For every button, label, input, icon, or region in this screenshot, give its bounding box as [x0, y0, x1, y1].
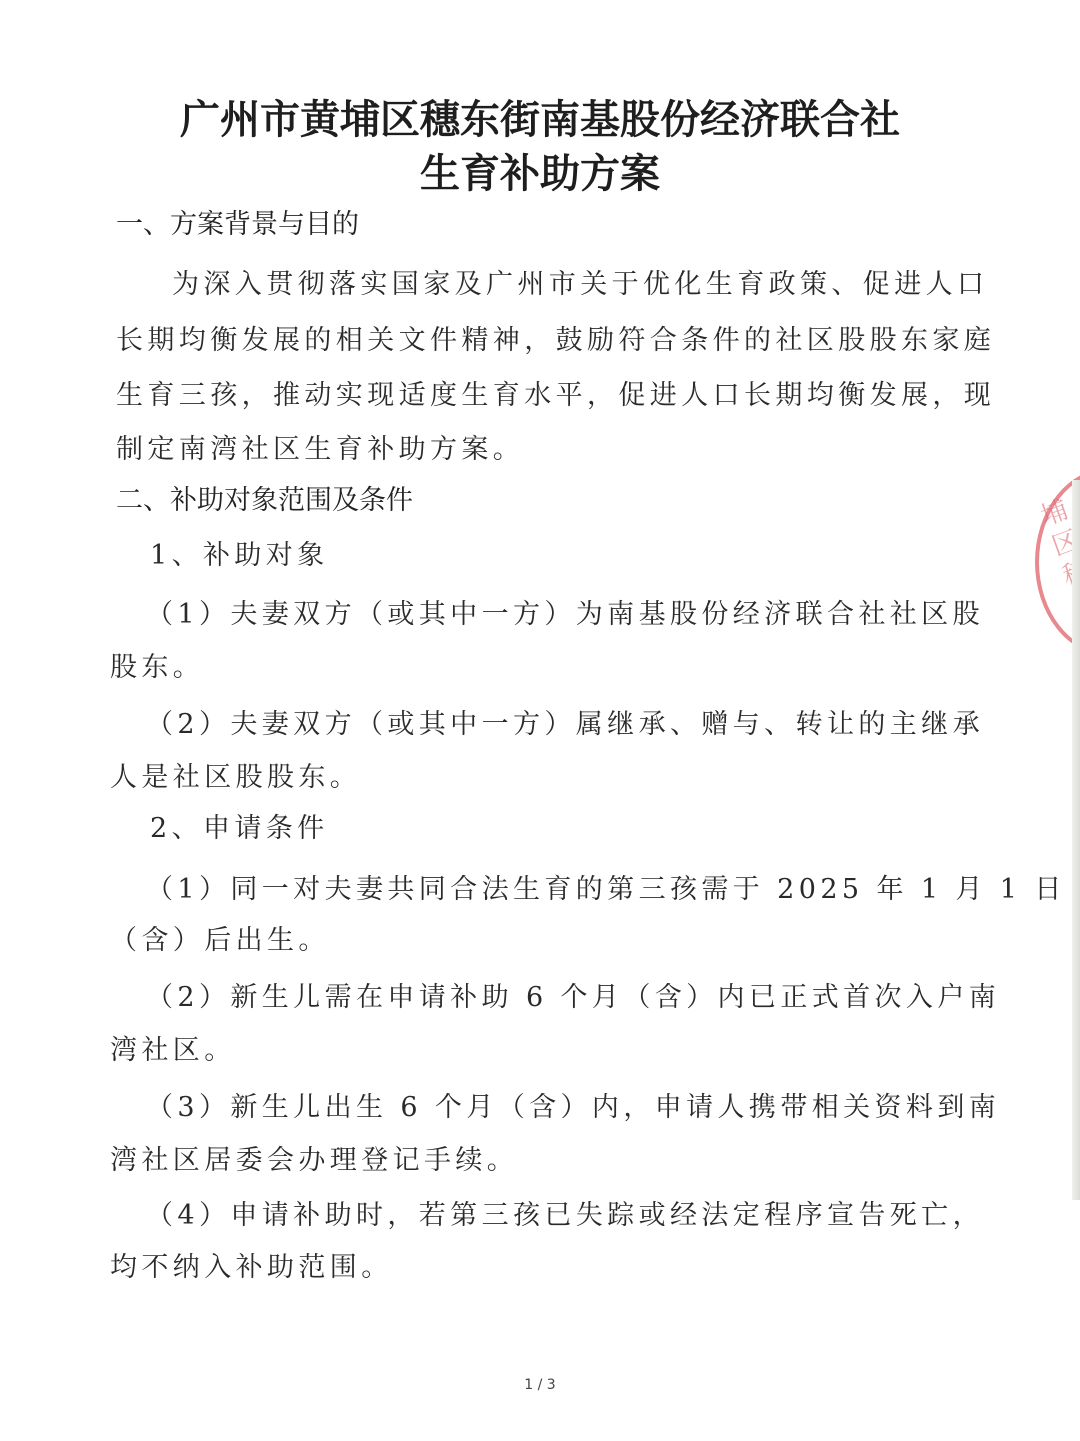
paragraph-line: 生育三孩，推动实现适度生育水平，促进人口长期均衡发展，现 — [116, 373, 995, 412]
list-item-line: 均不纳入补助范围。 — [110, 1245, 393, 1284]
subsection-heading-conditions: 2、申请条件 — [150, 806, 329, 845]
paragraph-line: 为深入贯彻落实国家及广州市关于优化生育政策、促进人口 — [172, 262, 988, 301]
document-page: 广州市黄埔区穗东街南基股份经济联合社 生育补助方案 一、方案背景与目的 为深入贯… — [0, 0, 1080, 1441]
document-title-line-2: 生育补助方案 — [0, 142, 1080, 199]
list-item-line: （含）后出生。 — [110, 918, 330, 957]
list-item-line: 湾社区。 — [110, 1028, 236, 1067]
paragraph-line: 制定南湾社区生育补助方案。 — [116, 427, 524, 466]
page-edge-shadow — [1072, 480, 1080, 1200]
list-item-line: （2）夫妻双方（或其中一方）属继承、赠与、转让的主继承 — [146, 702, 984, 741]
page-number: 1 / 3 — [0, 1377, 1080, 1393]
section-heading-eligibility: 二、补助对象范围及条件 — [116, 478, 413, 517]
document-title-line-1: 广州市黄埔区穗东街南基股份经济联合社 — [0, 88, 1080, 145]
list-item-line: （1）夫妻双方（或其中一方）为南基股份经济联合社社区股 — [146, 592, 984, 631]
subsection-heading-recipients: 1、补助对象 — [150, 533, 329, 572]
list-item-line: （2）新生儿需在申请补助 6 个月（含）内已正式首次入户南 — [146, 975, 1000, 1014]
paragraph-line: 长期均衡发展的相关文件精神，鼓励符合条件的社区股股东家庭 — [116, 318, 995, 357]
section-heading-background: 一、方案背景与目的 — [116, 202, 359, 241]
list-item-line: 湾社区居委会办理登记手续。 — [110, 1138, 518, 1177]
list-item-line: 人是社区股股东。 — [110, 755, 361, 794]
list-item-line: （1）同一对夫妻共同合法生育的第三孩需于 2025 年 1 月 1 日 — [146, 867, 1066, 906]
list-item-line: （3）新生儿出生 6 个月（含）内，申请人携带相关资料到南 — [146, 1085, 1000, 1124]
list-item-line: （4）申请补助时，若第三孩已失踪或经法定程序宣告死亡， — [146, 1193, 984, 1232]
list-item-line: 股东。 — [110, 645, 204, 684]
